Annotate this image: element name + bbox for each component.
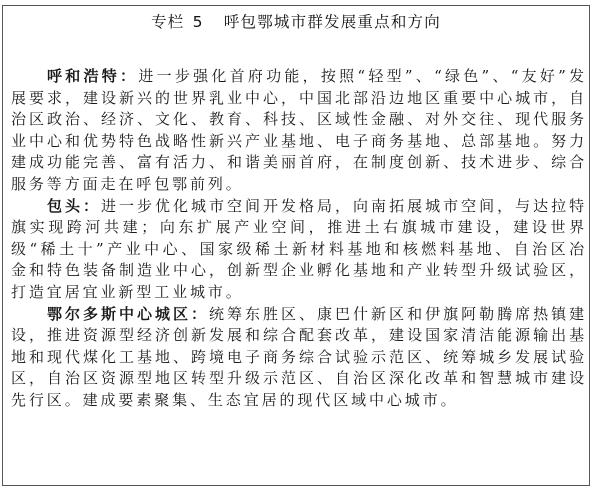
- box-title: 专栏 5 呼包鄂城市群发展重点和方向: [3, 12, 589, 32]
- box-content: 呼和浩特：进一步强化首府功能，按照“轻型”、“绿色”、“友好”发展要求，建设新兴…: [11, 66, 587, 412]
- feature-box: 专栏 5 呼包鄂城市群发展重点和方向 呼和浩特：进一步强化首府功能，按照“轻型”…: [2, 5, 590, 486]
- paragraph-hohhot: 呼和浩特：进一步强化首府功能，按照“轻型”、“绿色”、“友好”发展要求，建设新兴…: [11, 66, 587, 196]
- paragraph-ordos: 鄂尔多斯中心城区：统筹东胜区、康巴什新区和伊旗阿勒腾席热镇建设，推进资源型经济创…: [11, 304, 587, 412]
- paragraph-body: 进一步强化首府功能，按照“轻型”、“绿色”、“友好”发展要求，建设新兴的世界乳业…: [11, 67, 587, 193]
- box-title-prefix: 专栏: [151, 13, 184, 31]
- paragraph-lead: 包头：: [47, 197, 101, 215]
- paragraph-baotou: 包头：进一步优化城市空间开发格局，向南拓展城市空间，与达拉特旗实现跨河共建；向东…: [11, 196, 587, 304]
- paragraph-lead: 呼和浩特：: [47, 67, 138, 85]
- box-title-number: 5: [193, 13, 204, 31]
- paragraph-lead: 鄂尔多斯中心城区：: [47, 305, 209, 323]
- box-title-text: 呼包鄂城市群发展重点和方向: [224, 13, 441, 31]
